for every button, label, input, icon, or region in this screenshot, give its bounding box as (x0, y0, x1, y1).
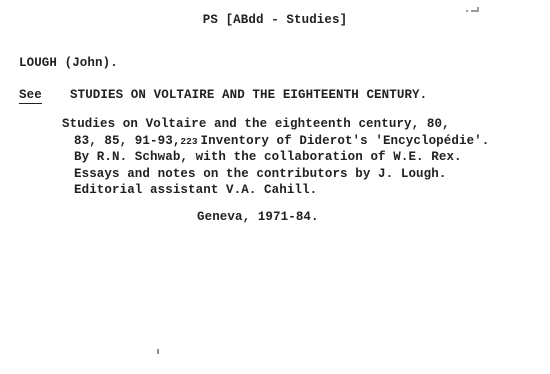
catalog-card: PS [ABdd - Studies] LOUGH (John). See ST… (0, 0, 550, 374)
scan-artifact-speck (157, 349, 159, 354)
author-heading: LOUGH (John). (19, 56, 118, 70)
entry-line-2-small-page-number: 223 (180, 136, 197, 147)
entry-line-2-page-refs: 83, 85, 91-93, (74, 134, 180, 148)
imprint-line: Geneva, 1971-84. (197, 210, 319, 224)
scan-artifact-tick (477, 7, 479, 12)
entry-line-4: Essays and notes on the contributors by … (74, 167, 446, 181)
entry-line-3: By R.N. Schwab, with the collaboration o… (74, 150, 462, 164)
entry-line-5: Editorial assistant V.A. Cahill. (74, 183, 317, 197)
entry-line-2: 83, 85, 91-93,223Inventory of Diderot's … (74, 134, 489, 148)
classmark-heading: PS [ABdd - Studies] (0, 13, 550, 27)
see-reference-label: See (19, 88, 42, 104)
scan-artifact-dot (466, 10, 468, 12)
entry-line-2-note: Inventory of Diderot's 'Encyclopédie'. (201, 134, 490, 148)
entry-line-1: Studies on Voltaire and the eighteenth c… (62, 117, 450, 131)
referenced-title: STUDIES ON VOLTAIRE AND THE EIGHTEENTH C… (70, 88, 427, 102)
